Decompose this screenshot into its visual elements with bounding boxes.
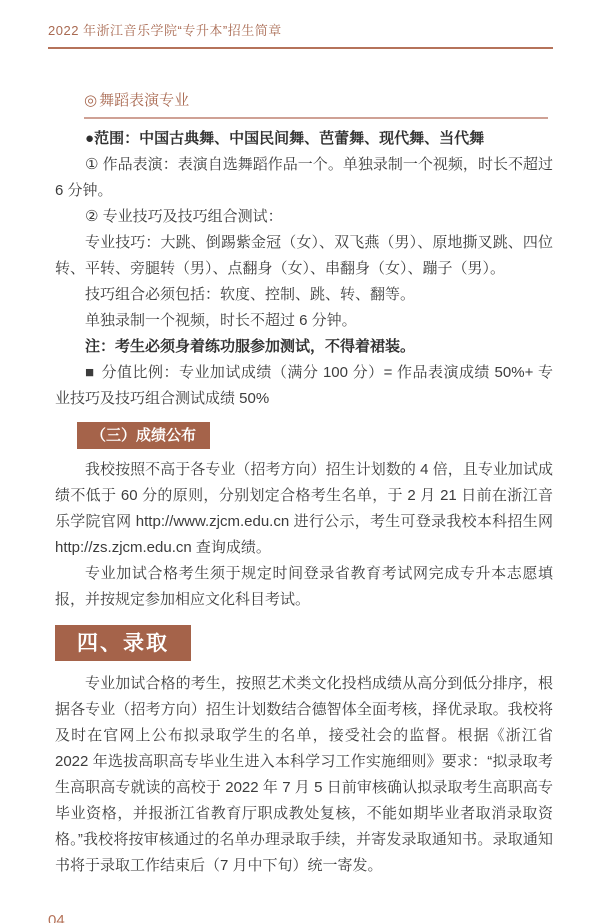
doc-header-title: 2022 年浙江音乐学院“专升本”招生简章: [48, 22, 553, 40]
range-paragraph-text: 范围：中国古典舞、中国民间舞、芭蕾舞、现代舞、当代舞: [94, 130, 484, 147]
dance-section-heading-text: 舞蹈表演专业: [99, 92, 189, 109]
skill-list-paragraph: 专业技巧：大跳、倒踢紫金冠（女）、双飞燕（男）、原地撕叉跳、四位转、平转、旁腿转…: [55, 230, 553, 282]
doc-header: 2022 年浙江音乐学院“专升本”招生简章: [48, 0, 553, 49]
admission-section-badge: 四、录取: [55, 625, 191, 661]
work-performance-paragraph: ① 作品表演：表演自选舞蹈作品一个。单独录制一个视频，时长不超过 6 分钟。: [55, 152, 553, 204]
range-paragraph: ●范围：中国古典舞、中国民间舞、芭蕾舞、现代舞、当代舞: [55, 126, 553, 152]
admission-policy-paragraph: 专业加试合格的考生，按照艺术类文化投档成绩从高分到低分排序，根据各专业（招考方向…: [55, 671, 553, 879]
circle-bullet-icon: ●: [85, 130, 94, 147]
volunteer-filing-paragraph: 专业加试合格考生须于规定时间登录省教育考试网完成专升本志愿填报，并按规定参加相应…: [55, 561, 553, 613]
double-circle-bullet-icon: ◎: [84, 92, 97, 109]
video-length-paragraph: 单独录制一个视频，时长不超过 6 分钟。: [55, 308, 553, 334]
dress-note-paragraph: 注：考生必须身着练功服参加测试，不得着裙装。: [55, 334, 553, 360]
page-content: ◎舞蹈表演专业 ●范围：中国古典舞、中国民间舞、芭蕾舞、现代舞、当代舞 ① 作品…: [55, 91, 553, 879]
combination-requirements-paragraph: 技巧组合必须包括：软度、控制、跳、转、翻等。: [55, 282, 553, 308]
score-ratio-paragraph: ■分值比例：专业加试成绩（满分 100 分）= 作品表演成绩 50%+ 专业技巧…: [55, 360, 553, 412]
score-ratio-text: 分值比例：专业加试成绩（满分 100 分）= 作品表演成绩 50%+ 专业技巧及…: [55, 364, 553, 407]
results-section-badge: （三）成绩公布: [77, 422, 210, 449]
page-number: 04: [48, 912, 600, 923]
skill-test-paragraph: ② 专业技巧及技巧组合测试：: [55, 204, 553, 230]
square-bullet-icon: ■: [85, 364, 95, 381]
results-publication-paragraph: 我校按照不高于各专业（招考方向）招生计划数的 4 倍，且专业加试成绩不低于 60…: [55, 457, 553, 561]
document-page: 2022 年浙江音乐学院“专升本”招生简章 ◎舞蹈表演专业 ●范围：中国古典舞、…: [0, 0, 600, 923]
dance-section-heading: ◎舞蹈表演专业: [84, 91, 548, 119]
